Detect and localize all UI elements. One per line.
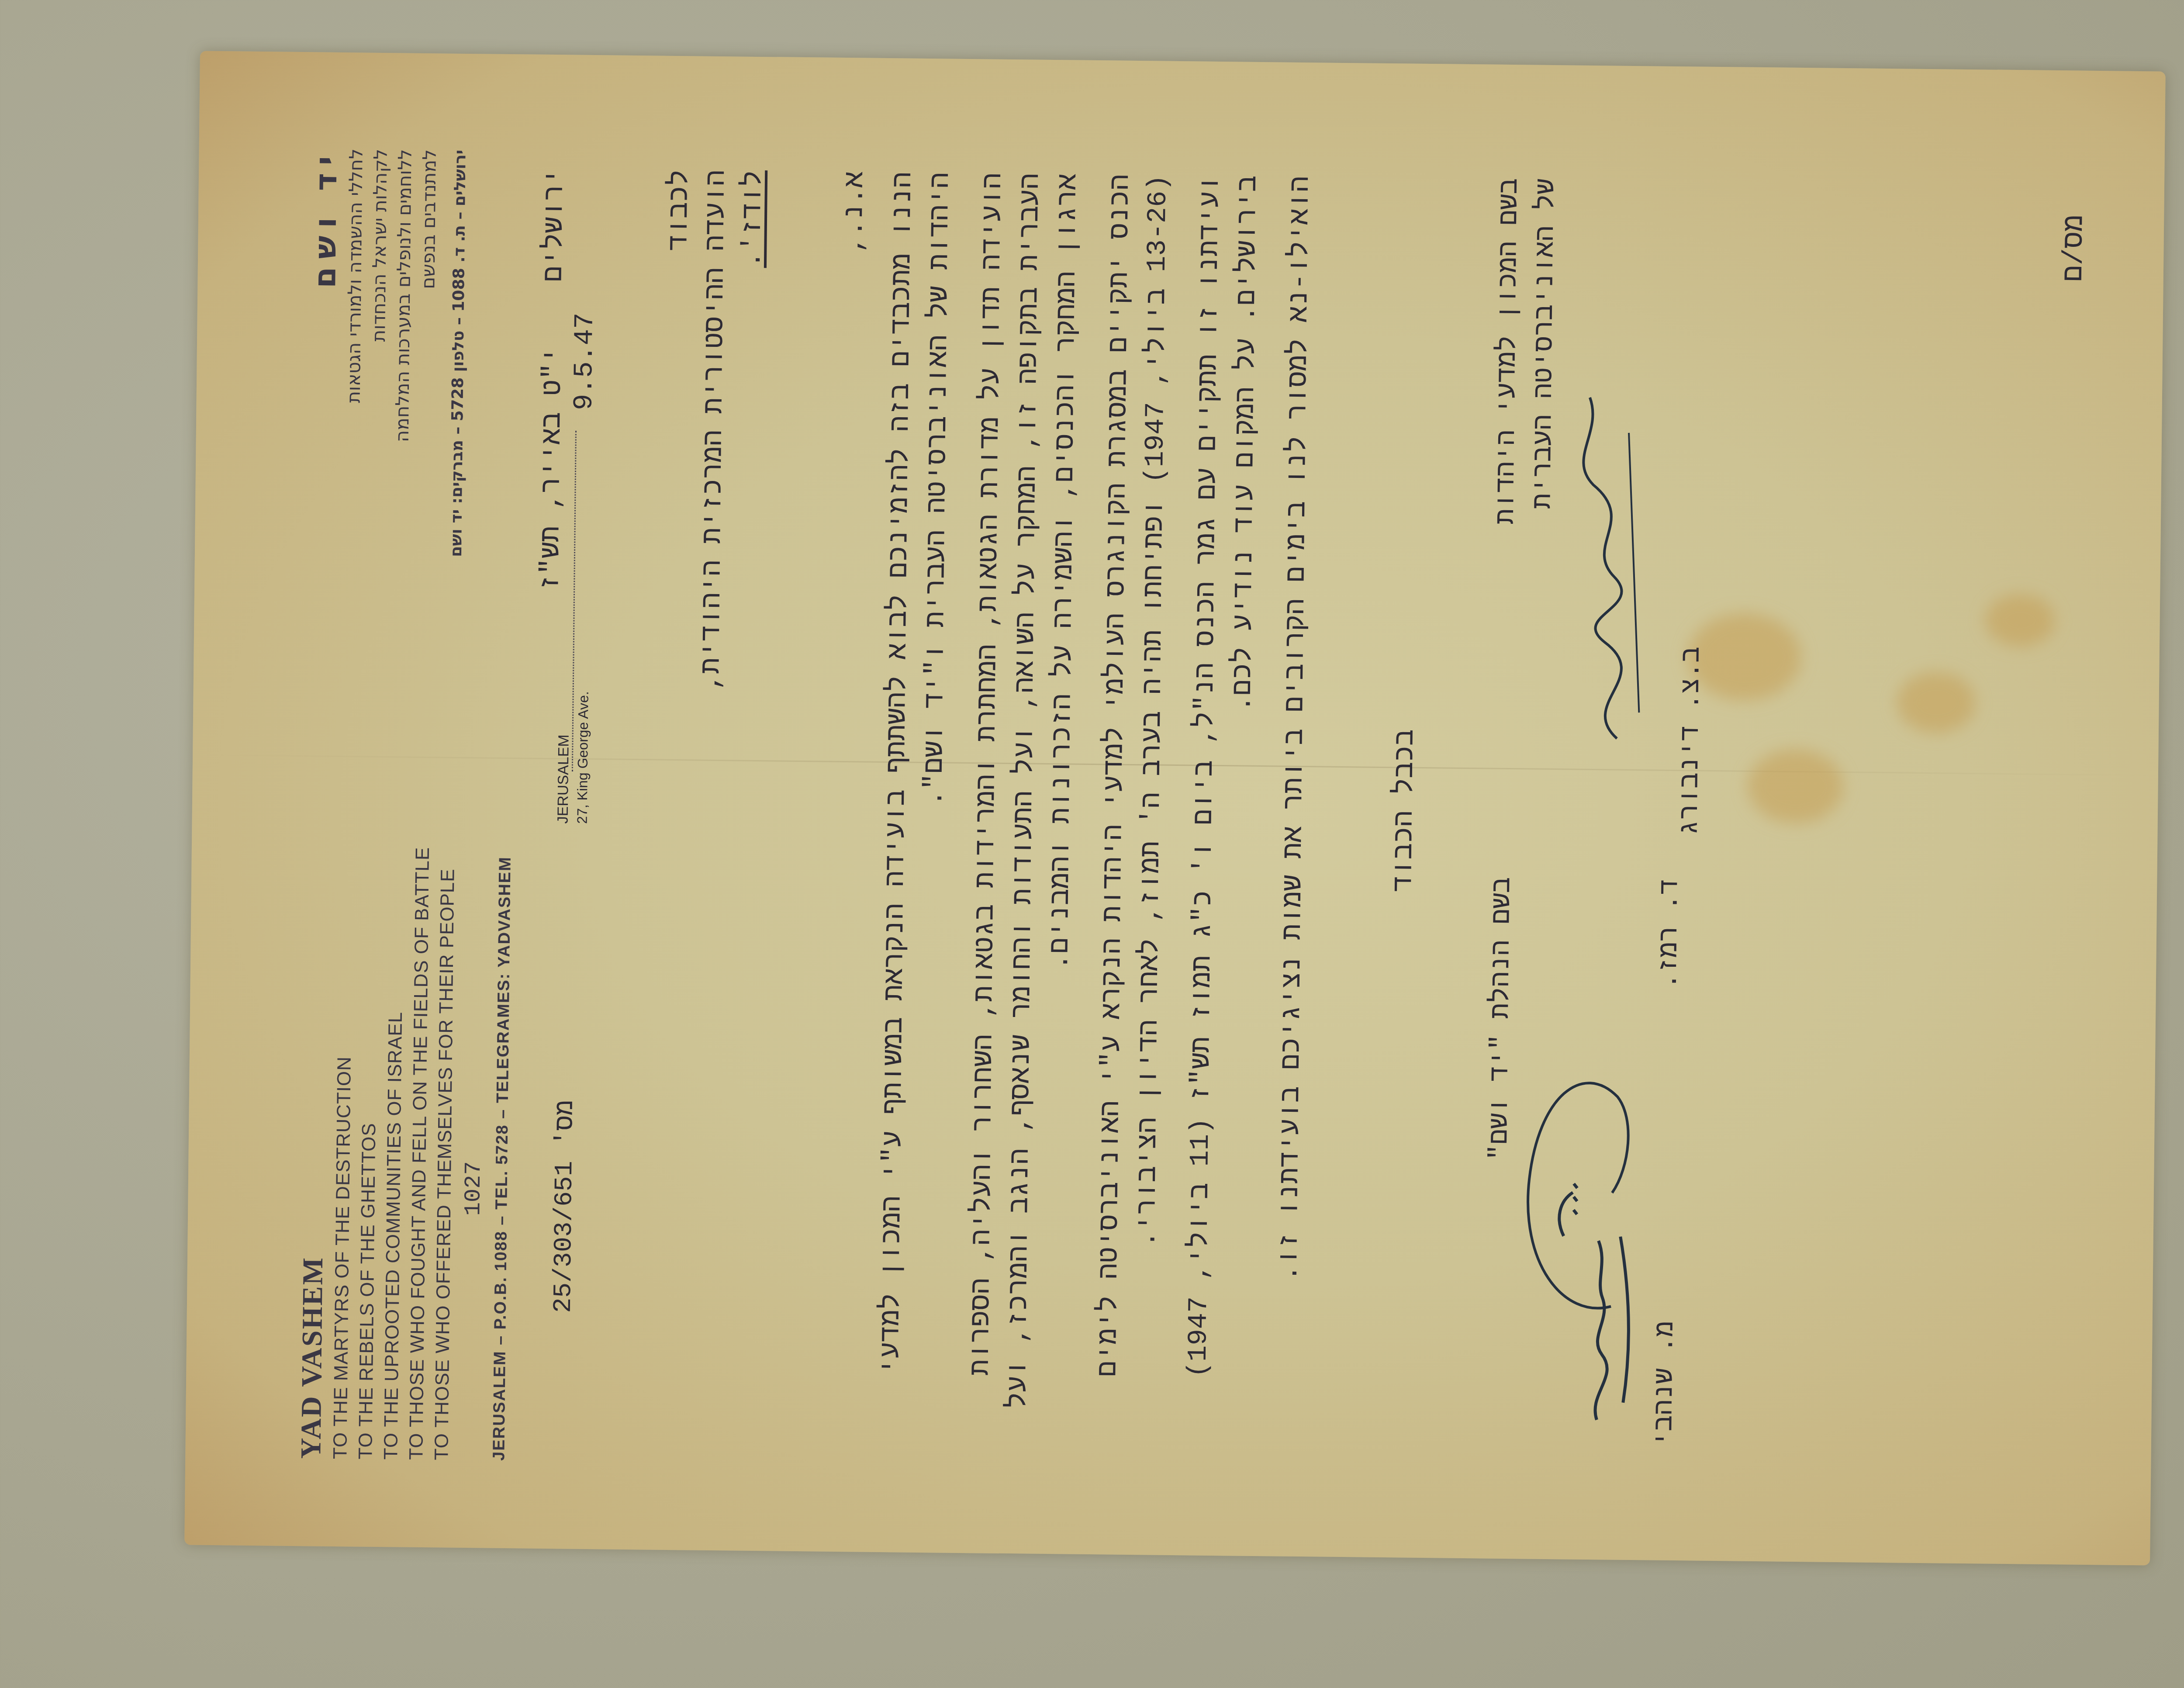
date-block: ירושלים י"ט באייר, תש"ז 9.5.47 JERUSALEM… <box>533 168 540 823</box>
signature-block-institute: בשם המכון למדעי היהדות של האוניברסיטה הע… <box>1485 178 1715 836</box>
reference-number: מס' 25/303/651 <box>549 1100 580 1313</box>
address-line-he: ירושלים – ת. ד. 1088 – טלפון 5728 – מברק… <box>446 150 470 674</box>
address-line-en: JERUSALEM – P.O.B. 1088 – TEL. 5728 – TE… <box>490 762 516 1461</box>
street-en: 27, King George Ave. <box>574 691 592 824</box>
gregorian-date: 9.5.47 <box>568 312 600 410</box>
letter-sheet: YAD VASHEM TO THE MARTYRS OF THE DESTRUC… <box>184 51 2166 1566</box>
body-paragraph: הועידה תדון על מדורת הגטאות, המחתרת והמר… <box>961 173 1087 1441</box>
place-en: JERUSALEM <box>555 734 573 823</box>
addressee-block: לכבוד הועדה ההיסטורית המרכזית היהודית, ל… <box>651 169 772 1219</box>
on-behalf-of: בשם הנהלת "יד ושם" <box>1479 877 1521 1445</box>
file-mark: מס/ם <box>2059 214 2091 282</box>
hebrew-date-value: י"ט באייר, תש"ז <box>535 347 569 591</box>
letterhead-english: YAD VASHEM TO THE MARTYRS OF THE DESTRUC… <box>294 760 516 1461</box>
letterhead-hebrew: יד ושם לחללי ההשמדה ולמורדי הגטאות לקהלו… <box>303 148 470 674</box>
handwritten-number: 1027 <box>460 761 491 1216</box>
on-behalf-of-line: בשם המכון למדעי היהדות <box>1485 178 1528 834</box>
handwritten-signature <box>1570 1228 1642 1429</box>
signer-name: מ. שנהבי <box>1646 1321 1684 1447</box>
signer-name: ד. רמז. <box>1651 879 1689 989</box>
org-title-he: יד ושם <box>303 148 344 673</box>
body-paragraph: הואילו-נא למסור לנו בימים הקרובים ביותר … <box>1269 176 1320 1443</box>
letter-body: א.נ., הננו מתכבדים בזה להזמינכם לבוא להש… <box>823 171 1334 1443</box>
hebrew-date: ירושלים י"ט באייר, תש"ז <box>535 168 570 591</box>
handwritten-signature <box>1510 1052 1644 1324</box>
body-paragraph: ועידתנו זו תתקיים עם גמר הכנס הנ"ל, ביום… <box>1179 175 1267 1442</box>
body-paragraph: הננו מתכבדים בזה להזמינכם לבוא להשתתף בו… <box>871 172 960 1439</box>
letter-paper: YAD VASHEM TO THE MARTYRS OF THE DESTRUC… <box>184 51 2166 1566</box>
reference-label: מס' <box>551 1100 580 1146</box>
on-behalf-of-line: של האוניברסיטה העברית <box>1521 178 1565 834</box>
signature-block-yad-vashem: בשם הנהלת "יד ושם" ד. רמז. מ. שנהבי <box>1479 877 1689 1447</box>
dedication-line-he: למתנדבים בנפשם <box>412 149 442 674</box>
signer-name: ב.צ. דינבורג <box>1672 180 1715 836</box>
reference-value: 25/303/651 <box>549 1161 580 1313</box>
greeting: א.נ., <box>823 171 874 1439</box>
signer-names: ד. רמז. מ. שנהבי <box>1646 879 1689 1447</box>
place-he: ירושלים <box>539 168 571 282</box>
closing-line: בכבל הכבוד <box>1381 63 1428 1558</box>
body-paragraph: הכנס יתקיים במסגרת הקונגרס העולמי למדעי … <box>1089 174 1177 1442</box>
